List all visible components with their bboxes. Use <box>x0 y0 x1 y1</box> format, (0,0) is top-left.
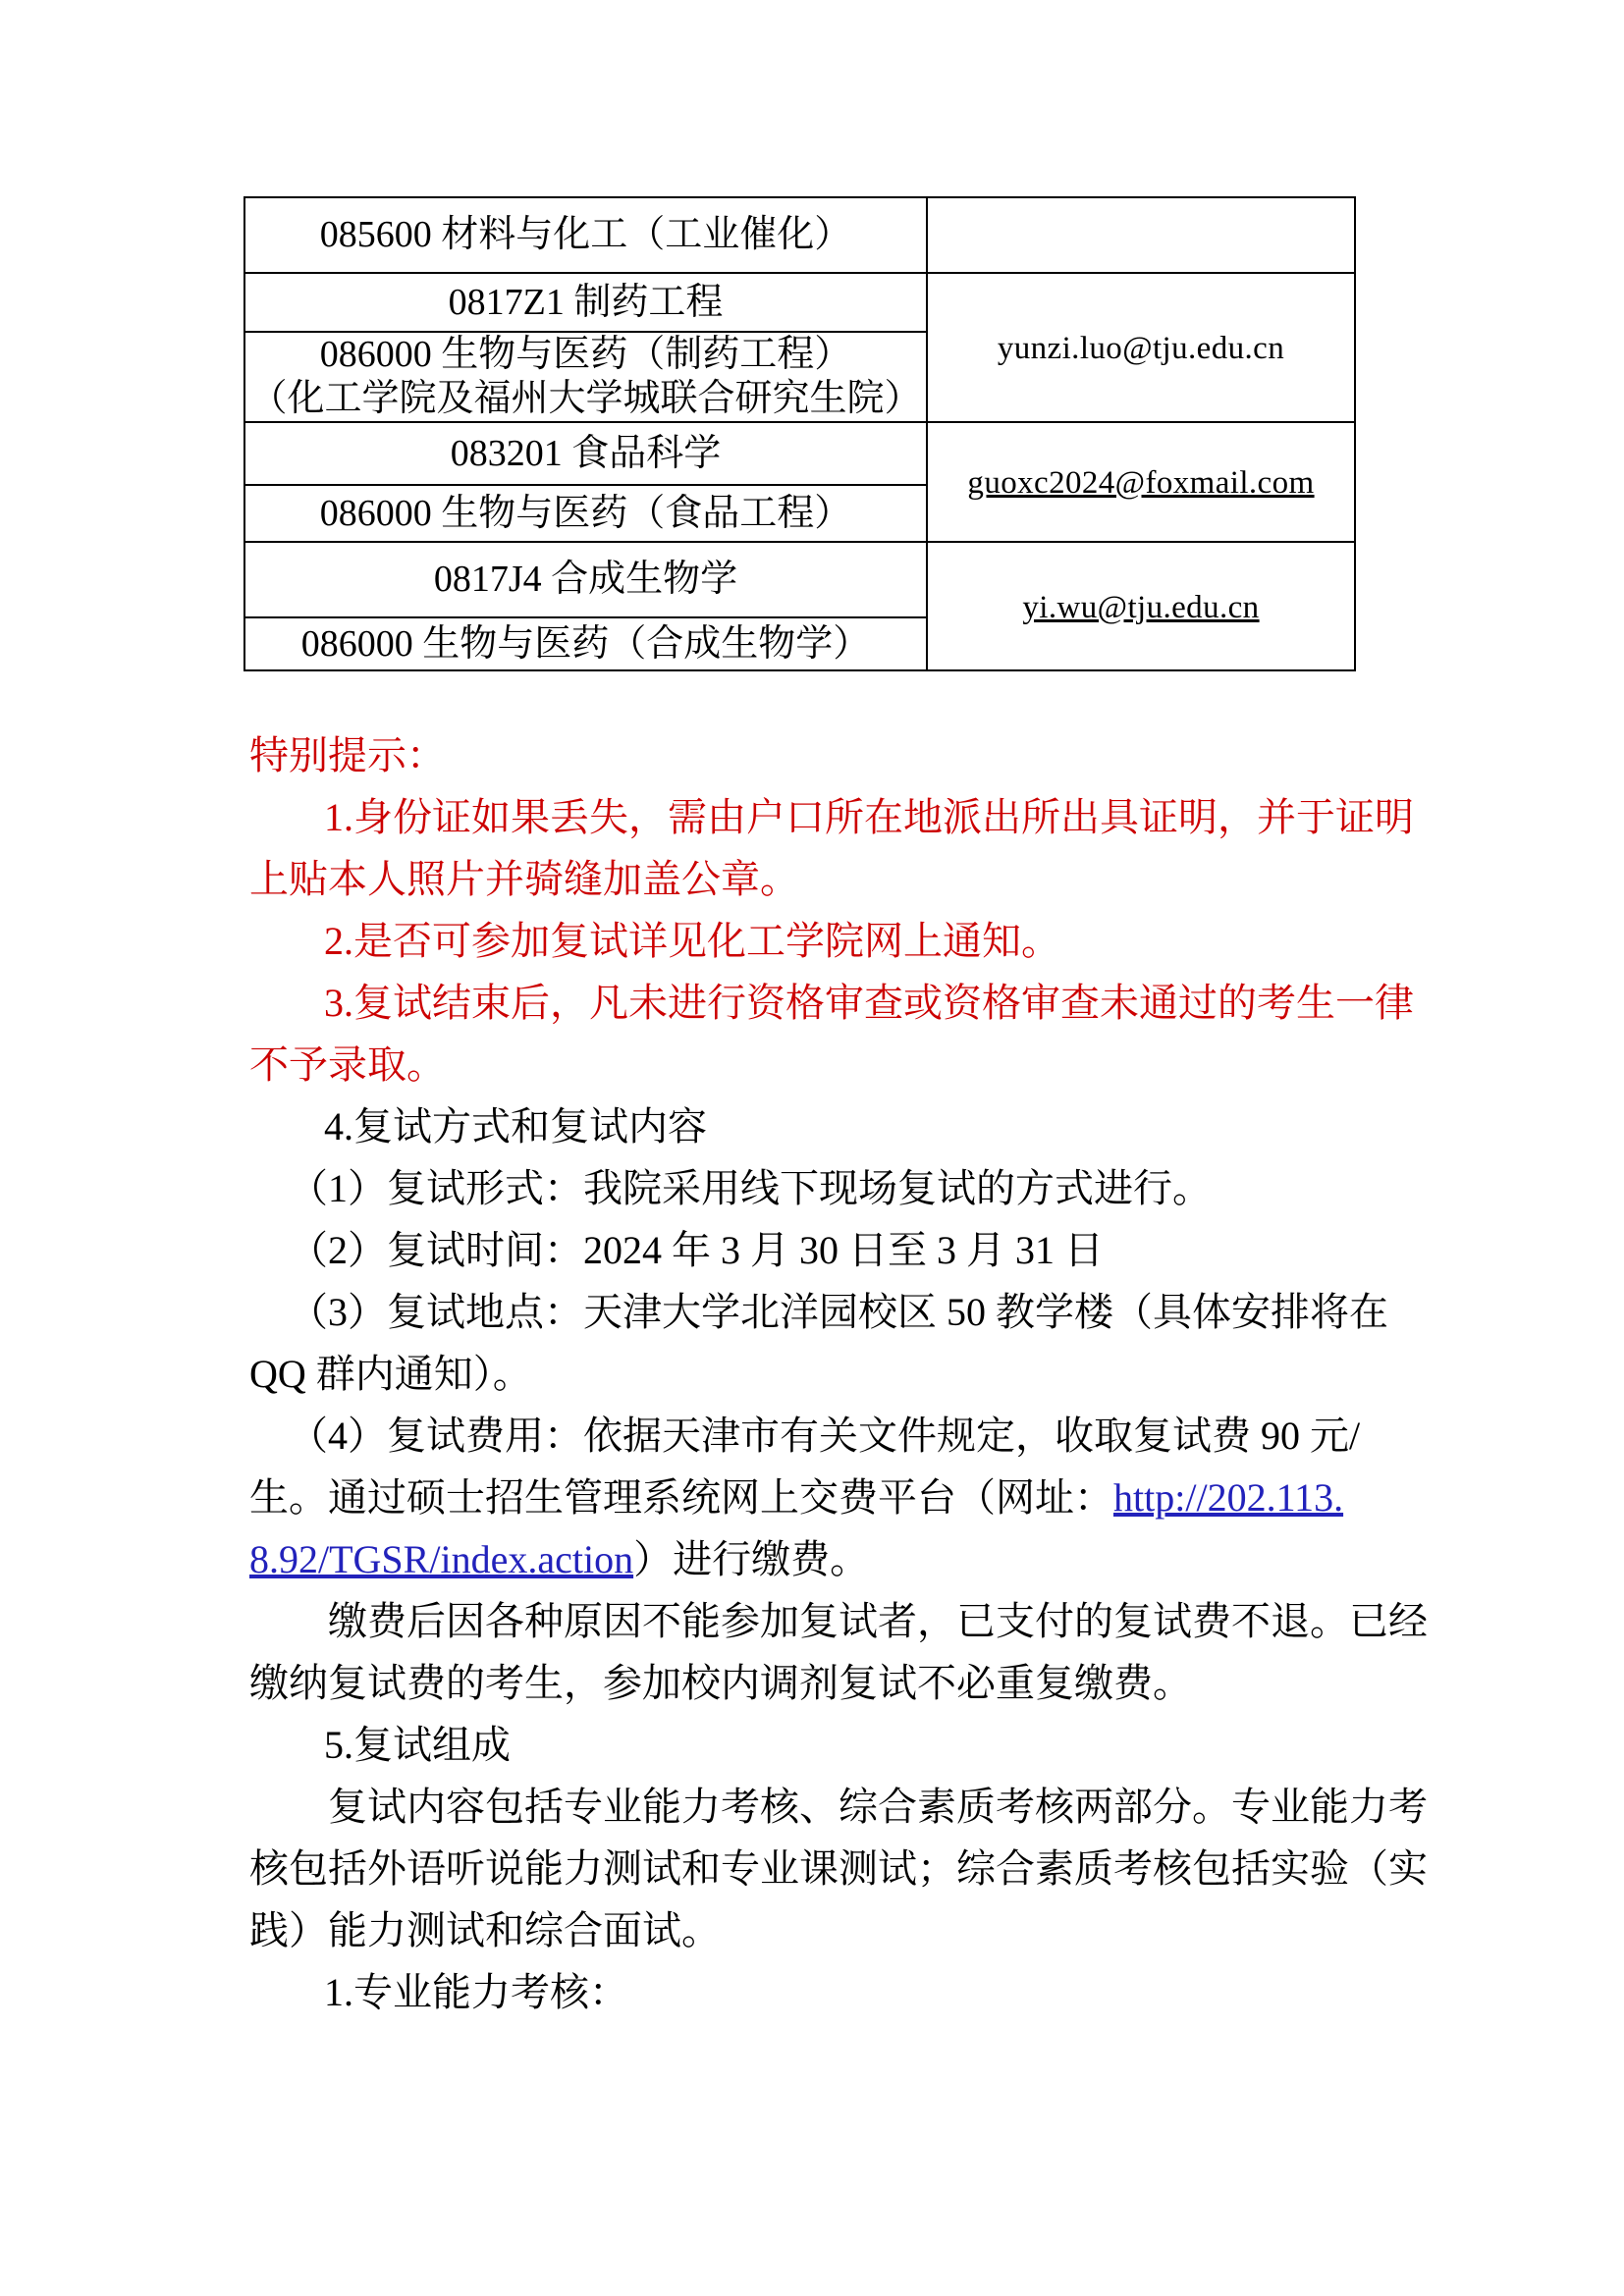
notice-line: 3.复试结束后，凡未进行资格审查或资格审查未通过的考生一律 <box>249 972 1418 1034</box>
body-line: 缴费后因各种原因不能参加复试者，已支付的复试费不退。已经 <box>249 1590 1418 1652</box>
payment-url-link[interactable]: http://202.113. <box>1113 1475 1343 1520</box>
program-cell: 0817J4 合成生物学 <box>244 542 927 617</box>
email-link[interactable]: guoxc2024@foxmail.com <box>967 465 1314 501</box>
program-cell: 086000 生物与医药（制药工程） （化工学院及福州大学城联合研究生院） <box>244 332 927 422</box>
program-label: 086000 生物与医药（食品工程） <box>320 493 852 534</box>
email-link[interactable]: yi.wu@tju.edu.cn <box>1022 590 1259 625</box>
body-line: 缴纳复试费的考生，参加校内调剂复试不必重复缴费。 <box>249 1652 1418 1714</box>
body-line: QQ 群内通知）。 <box>249 1343 1418 1405</box>
body-line: （4）复试费用：依据天津市有关文件规定，收取复试费 90 元/ <box>249 1405 1418 1467</box>
document-page: { "colors": { "highlight_red": "#cc0000"… <box>0 0 1624 2296</box>
contact-cell: yunzi.luo@tju.edu.cn <box>927 273 1355 422</box>
body-line: （3）复试地点：天津大学北洋园校区 50 教学楼（具体安排将在 <box>249 1281 1418 1343</box>
program-label: 0817Z1 制药工程 <box>449 282 724 323</box>
program-label: 085600 材料与化工（工业催化） <box>320 214 852 255</box>
payment-url-link[interactable]: 8.92/TGSR/index.action <box>249 1537 633 1581</box>
body-line: 复试内容包括专业能力考核、综合素质考核两部分。专业能力考 <box>249 1776 1418 1838</box>
program-cell: 086000 生物与医药（合成生物学） <box>244 617 927 670</box>
body-text: 生。通过硕士招生管理系统网上交费平台（网址： <box>249 1475 1113 1520</box>
program-label: 086000 生物与医药（合成生物学） <box>301 623 871 665</box>
program-label: 086000 生物与医药（制药工程） <box>245 333 926 377</box>
contact-cell-empty <box>927 197 1355 273</box>
program-cell: 085600 材料与化工（工业催化） <box>244 197 927 273</box>
contact-cell: yi.wu@tju.edu.cn <box>927 542 1355 670</box>
body-line: （1）复试形式：我院采用线下现场复试的方式进行。 <box>249 1157 1418 1219</box>
program-label: 0817J4 合成生物学 <box>434 559 737 600</box>
notice-line: 2.是否可参加复试详见化工学院网上通知。 <box>249 910 1418 972</box>
program-label: 083201 食品科学 <box>451 433 722 474</box>
notice-line: 上贴本人照片并骑缝加盖公章。 <box>249 848 1418 910</box>
email-text: yunzi.luo@tju.edu.cn <box>998 331 1284 366</box>
program-cell: 086000 生物与医药（食品工程） <box>244 485 927 542</box>
body-line: 5.复试组成 <box>249 1714 1418 1776</box>
body-line: 4.复试方式和复试内容 <box>249 1095 1418 1157</box>
body-line: 践）能力测试和综合面试。 <box>249 1899 1418 1961</box>
program-cell: 0817Z1 制药工程 <box>244 273 927 332</box>
program-label-note: （化工学院及福州大学城联合研究生院） <box>245 377 926 421</box>
payment-url-line: 生。通过硕士招生管理系统网上交费平台（网址：http://202.113. <box>249 1467 1418 1528</box>
body-text: ）进行缴费。 <box>633 1537 869 1581</box>
body-line: 核包括外语听说能力测试和专业课测试；综合素质考核包括实验（实 <box>249 1838 1418 1899</box>
program-contact-table: 085600 材料与化工（工业催化） 0817Z1 制药工程 yunzi.luo… <box>244 196 1356 671</box>
notice-line: 不予录取。 <box>249 1034 1418 1095</box>
body-line: 1.专业能力考核： <box>249 1961 1418 2023</box>
notice-heading: 特别提示： <box>249 724 1418 786</box>
notice-body: 特别提示： 1.身份证如果丢失，需由户口所在地派出所出具证明，并于证明 上贴本人… <box>249 724 1418 2023</box>
contact-cell: guoxc2024@foxmail.com <box>927 422 1355 542</box>
body-line: （2）复试时间：2024 年 3 月 30 日至 3 月 31 日 <box>249 1219 1418 1281</box>
payment-url-line: 8.92/TGSR/index.action）进行缴费。 <box>249 1528 1418 1590</box>
program-cell: 083201 食品科学 <box>244 422 927 485</box>
notice-line: 1.身份证如果丢失，需由户口所在地派出所出具证明，并于证明 <box>249 786 1418 848</box>
